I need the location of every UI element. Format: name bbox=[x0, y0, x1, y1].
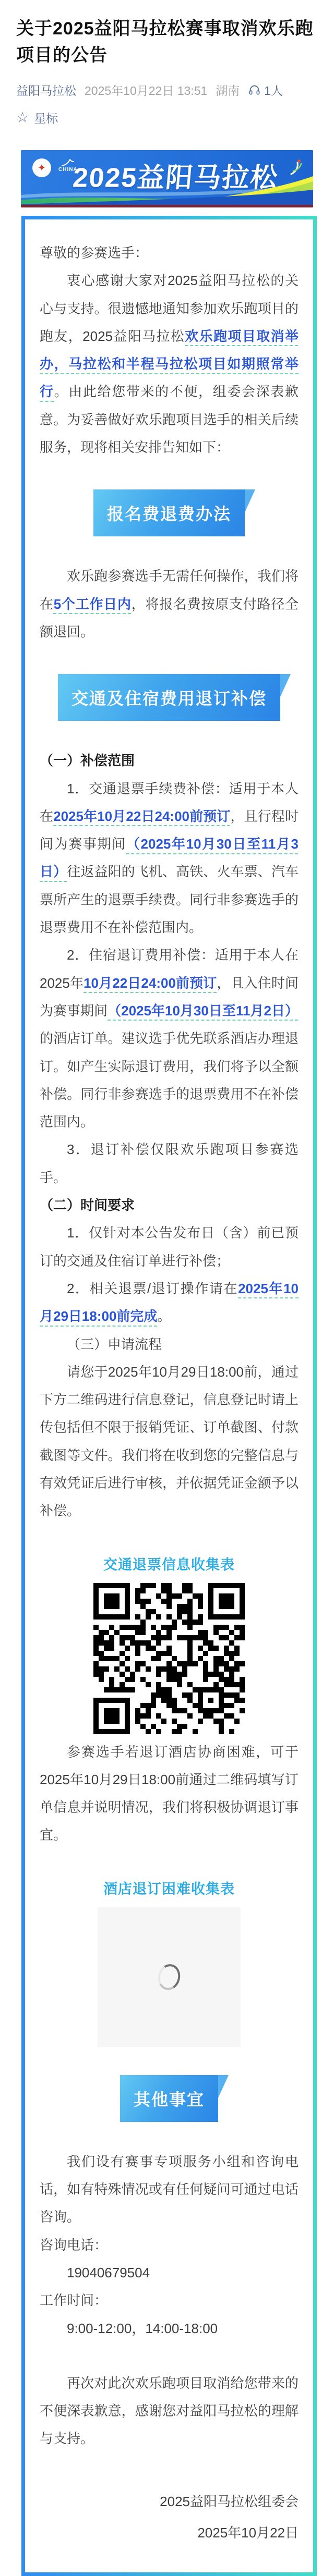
event-emblem-icon bbox=[288, 158, 304, 177]
text-run: 再次对此次欢乐跑项目取消给您带来的不便深表歉意，感谢您对益阳马拉松的理解与支持。 bbox=[40, 2375, 299, 2447]
china-athletics-logo: CHINA bbox=[58, 158, 78, 173]
paragraph: 9:00-12:00，14:00-18:00 bbox=[40, 2315, 299, 2342]
headphones-icon bbox=[248, 83, 261, 96]
paragraph: 欢乐跑参赛选手无需任何操作，我们将在5个工作日内，将报名费按原支付路径全额退回。 bbox=[40, 562, 299, 646]
paragraph: 尊敬的参赛选手： bbox=[40, 239, 299, 267]
text-run: 19040679504 bbox=[67, 2265, 150, 2280]
text-run: 我们设有赛事专项服务小组和咨询电话，如有特殊情况或有任何疑问可通过电话咨询。 bbox=[40, 2154, 299, 2225]
signature-line: 2025年10月22日 bbox=[40, 2518, 299, 2549]
loading-image-placeholder[interactable] bbox=[98, 1907, 241, 2047]
article-body: 尊敬的参赛选手：衷心感谢大家对2025益阳马拉松的关心与支持。很遗憾地通知参加欢… bbox=[40, 239, 299, 2548]
china-label: CHINA bbox=[58, 167, 78, 173]
qr-code-image[interactable] bbox=[93, 1583, 245, 1734]
section-badge: 报名费退费办法 bbox=[93, 489, 245, 536]
page-title: 关于2025益阳马拉松赛事取消欢乐跑项目的公告 bbox=[16, 16, 318, 69]
emphasis-text: 2025年10月22日24:00前预订 bbox=[53, 808, 230, 824]
star-outline-icon: ☆ bbox=[16, 111, 29, 125]
section-badge-label: 报名费退费办法 bbox=[107, 505, 231, 523]
article-header: 关于2025益阳马拉松赛事取消欢乐跑项目的公告 益阳马拉松 2025年10月22… bbox=[0, 0, 334, 126]
text-run: 工作时间： bbox=[40, 2292, 108, 2308]
paragraph: 衷心感谢大家对2025益阳马拉松的关心与支持。很遗憾地通知参加欢乐跑项目的跑友，… bbox=[40, 267, 299, 461]
emphasis-text: 10月22日24:00前预订 bbox=[83, 975, 217, 991]
association-seal-icon: ✦ bbox=[32, 158, 51, 177]
text-run: 。由此给您带来的不便，组委会深表歉意。为妥善做好欢乐跑项目选手的相关后续服务，现… bbox=[40, 384, 299, 455]
star-tag[interactable]: ☆ 星标 bbox=[16, 109, 318, 126]
text-run: 尊敬的参赛选手： bbox=[40, 245, 148, 261]
publish-region: 湖南 bbox=[216, 81, 240, 99]
signature-line: 2025益阳马拉松组委会 bbox=[40, 2486, 299, 2518]
text-run: 咨询电话： bbox=[40, 2237, 108, 2253]
text-run: （一）补偿范围 bbox=[40, 753, 135, 768]
form-link[interactable]: 交通退票信息收集表 bbox=[40, 1553, 299, 1574]
publish-datetime: 2025年10月22日 13:51 bbox=[85, 81, 207, 99]
meta-row: 益阳马拉松 2025年10月22日 13:51 湖南 1人 bbox=[16, 81, 318, 99]
text-run: 往返益阳的飞机、高铁、火车票、汽车票所产生的退票手续费。同行非参赛选手的退票费用… bbox=[40, 864, 299, 935]
paragraph: 19040679504 bbox=[40, 2259, 299, 2287]
paragraph: 2．相关退票/退订操作请在2025年10月29日18:00前完成。 bbox=[40, 1275, 299, 1331]
announcement-box: 尊敬的参赛选手：衷心感谢大家对2025益阳马拉松的关心与支持。很遗憾地通知参加欢… bbox=[21, 216, 317, 2576]
text-run: 请您于2025年10月29日18:00前，通过下方二维码进行信息登记，信息登记时… bbox=[40, 1364, 299, 1518]
text-run: （二）时间要求 bbox=[40, 1197, 135, 1213]
section-badge: 其他事宜 bbox=[120, 2075, 218, 2122]
banner-bottom-strip bbox=[21, 205, 313, 207]
listeners-count: 1人 bbox=[264, 81, 283, 99]
paragraph: 请您于2025年10月29日18:00前，通过下方二维码进行信息登记，信息登记时… bbox=[40, 1358, 299, 1525]
paragraph: 2．住宿退订费用补偿：适用于本人在2025年10月22日24:00前预订，且入住… bbox=[40, 941, 299, 1136]
listeners-button[interactable]: 1人 bbox=[248, 81, 283, 99]
section-badge: 交通及住宿费用退订补偿 bbox=[58, 674, 280, 721]
paragraph: 1．交通退票手续费补偿：适用于本人在2025年10月22日24:00前预订，且行… bbox=[40, 775, 299, 942]
section-badge-label: 其他事宜 bbox=[134, 2090, 205, 2109]
form-link[interactable]: 酒店退订困难收集表 bbox=[40, 1878, 299, 1898]
paragraph: 1．仅针对本公告发布日（含）前已预订的交通及住宿订单进行补偿； bbox=[40, 1219, 299, 1275]
emphasis-text: 5个工作日内 bbox=[54, 596, 132, 612]
text-run: （三）申请流程 bbox=[67, 1336, 162, 1352]
loading-spinner-icon bbox=[156, 1961, 183, 1992]
signature-block: 2025益阳马拉松组委会2025年10月22日 bbox=[40, 2486, 299, 2549]
text-run: 3．退订补偿仅限欢乐跑项目参赛选手。 bbox=[40, 1142, 299, 1185]
text-run: 2．相关退票/退订操作请在 bbox=[67, 1281, 238, 1296]
star-label: 星标 bbox=[34, 109, 58, 126]
section-heading: （二）时间要求 bbox=[40, 1192, 299, 1219]
emphasis-text: （2025年10月30日至11月2日） bbox=[108, 1003, 299, 1019]
paragraph: （三）申请流程 bbox=[40, 1331, 299, 1358]
paragraph: 3．退订补偿仅限欢乐跑项目参赛选手。 bbox=[40, 1136, 299, 1192]
account-name-link[interactable]: 益阳马拉松 bbox=[16, 81, 76, 99]
text-run: 的酒店订单。建议选手优先联系酒店办理退订。如产生实际退订费用，我们将予以全额补偿… bbox=[40, 1031, 299, 1130]
text-run: 参赛选手若退订酒店协商困难，可于2025年10月29日18:00前通过二维码填写… bbox=[40, 1744, 299, 1843]
text-run: 9:00-12:00，14:00-18:00 bbox=[67, 2321, 218, 2336]
text-run: 。 bbox=[157, 1308, 171, 1324]
text-run: 1．仅针对本公告发布日（含）前已预订的交通及住宿订单进行补偿； bbox=[40, 1225, 299, 1268]
paragraph: 我们设有赛事专项服务小组和咨询电话，如有特殊情况或有任何疑问可通过电话咨询。 bbox=[40, 2148, 299, 2231]
paragraph: 工作时间： bbox=[40, 2287, 299, 2314]
article-page: 关于2025益阳马拉松赛事取消欢乐跑项目的公告 益阳马拉松 2025年10月22… bbox=[0, 0, 334, 2576]
spacer bbox=[40, 2342, 299, 2370]
paragraph: 参赛选手若退订酒店协商困难，可于2025年10月29日18:00前通过二维码填写… bbox=[40, 1738, 299, 1849]
section-heading: （一）补偿范围 bbox=[40, 747, 299, 775]
event-banner[interactable]: ✦ CHINA 2025益阳马拉松 bbox=[21, 150, 313, 207]
runner-swoosh-icon bbox=[61, 158, 75, 167]
paragraph: 咨询电话： bbox=[40, 2231, 299, 2259]
section-badge-label: 交通及住宿费用退订补偿 bbox=[71, 689, 267, 708]
paragraph: 再次对此次欢乐跑项目取消给您带来的不便深表歉意，感谢您对益阳马拉松的理解与支持。 bbox=[40, 2370, 299, 2453]
